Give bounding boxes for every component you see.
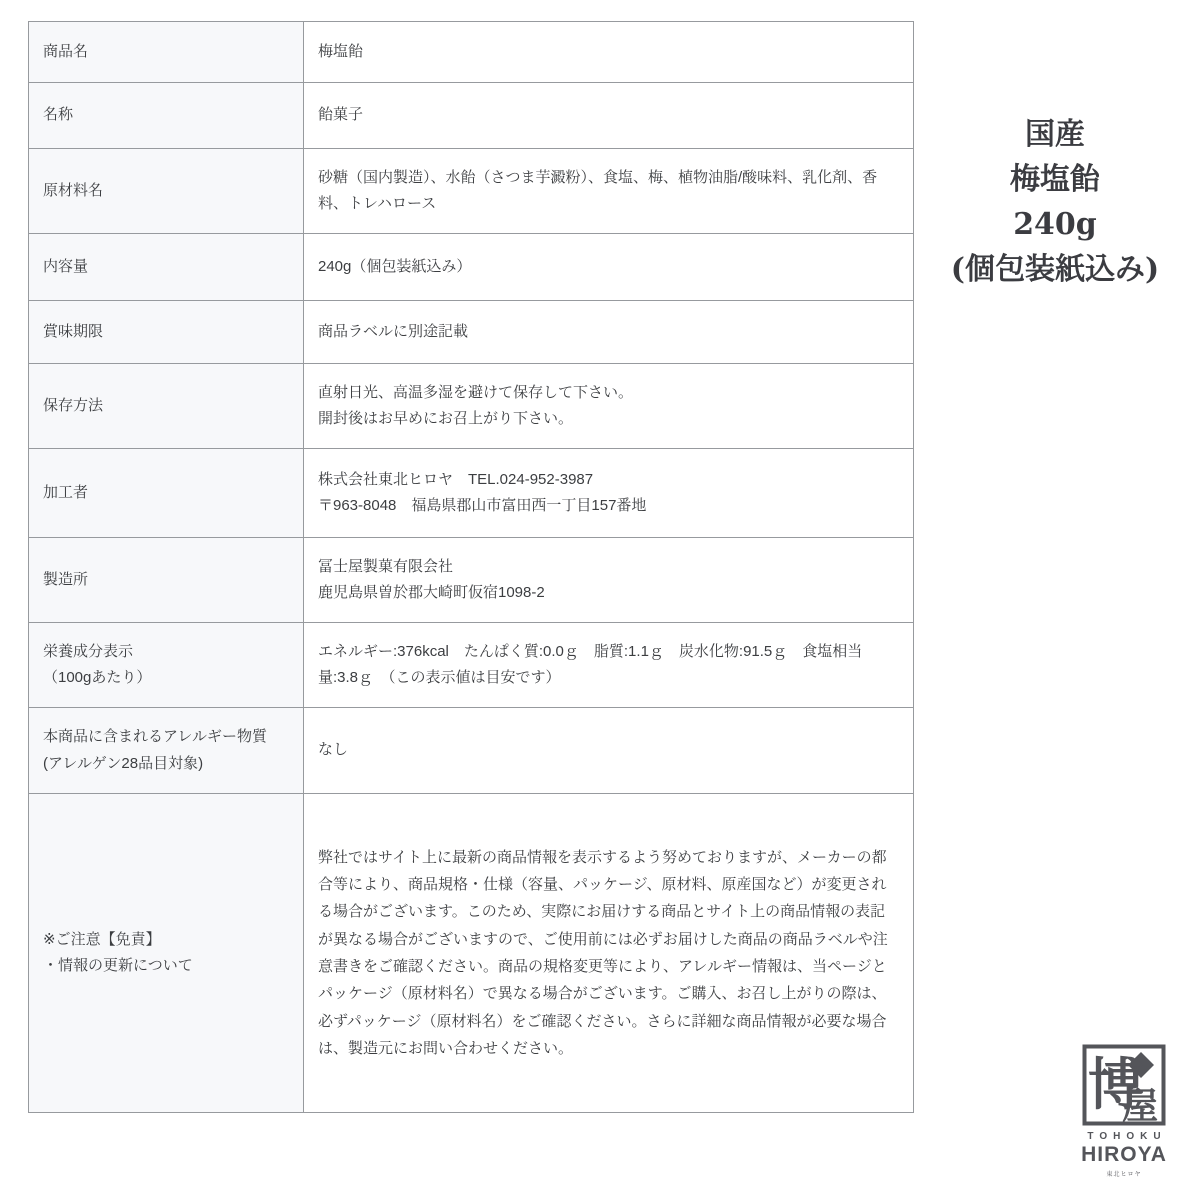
hiroya-logo-mark-icon: 博 屋 bbox=[1082, 1044, 1166, 1126]
spec-value: 直射日光、高温多湿を避けて保存して下さい。 開封後はお早めにお召上がり下さい。 bbox=[304, 364, 914, 449]
spec-value: 240g（個包装紙込み） bbox=[304, 234, 914, 301]
side-title-line: 梅塩飴 bbox=[935, 157, 1175, 202]
spec-label-line: ※ご注意【免責】 bbox=[43, 927, 291, 953]
spec-label: 保存方法 bbox=[29, 364, 304, 449]
spec-label: 原材料名 bbox=[29, 149, 304, 234]
spec-value: 冨士屋製菓有限会社 鹿児島県曽於郡大崎町仮宿1098-2 bbox=[304, 538, 914, 623]
spec-label: 内容量 bbox=[29, 234, 304, 301]
spec-value: 飴菓子 bbox=[304, 83, 914, 149]
svg-text:屋: 屋 bbox=[1122, 1086, 1158, 1126]
spec-label: 製造所 bbox=[29, 538, 304, 623]
disclaimer-text: 弊社ではサイト上に最新の商品情報を表示するよう努めておりますが、メーカーの都合等… bbox=[318, 844, 897, 1062]
spec-value-line: 株式会社東北ヒロヤ TEL.024-952-3987 bbox=[318, 467, 897, 493]
spec-label: 商品名 bbox=[29, 22, 304, 83]
table-row: 保存方法 直射日光、高温多湿を避けて保存して下さい。 開封後はお早めにお召上がり… bbox=[29, 364, 914, 449]
logo-caption: 東北ヒロヤ bbox=[1074, 1169, 1174, 1178]
side-product-title: 国産 梅塩飴 240g (個包装紙込み) bbox=[935, 112, 1175, 292]
side-title-line: 国産 bbox=[935, 112, 1175, 157]
side-title-line: 240g bbox=[935, 202, 1175, 247]
spec-label-line: 栄養成分表示 bbox=[43, 639, 291, 665]
table-row: ※ご注意【免責】 ・情報の更新について 弊社ではサイト上に最新の商品情報を表示す… bbox=[29, 794, 914, 1113]
side-title-line: (個包装紙込み) bbox=[935, 247, 1175, 292]
logo-name: HIROYA bbox=[1074, 1143, 1174, 1167]
table-row: 栄養成分表示 （100gあたり） エネルギー:376kcal たんぱく質:0.0… bbox=[29, 623, 914, 708]
spec-label-line: ・情報の更新について bbox=[43, 953, 291, 979]
spec-value: 弊社ではサイト上に最新の商品情報を表示するよう努めておりますが、メーカーの都合等… bbox=[304, 794, 914, 1113]
table-row: 本商品に含まれるアレルギー物質 (アレルゲン28品目対象) なし bbox=[29, 708, 914, 794]
table-row: 加工者 株式会社東北ヒロヤ TEL.024-952-3987 〒963-8048… bbox=[29, 449, 914, 538]
spec-value: エネルギー:376kcal たんぱく質:0.0ｇ 脂質:1.1ｇ 炭水化物:91… bbox=[304, 623, 914, 708]
spec-label-line: (アレルゲン28品目対象) bbox=[43, 751, 291, 777]
spec-value-line: 冨士屋製菓有限会社 bbox=[318, 554, 897, 580]
spec-value: 砂糖（国内製造）、水飴（さつま芋澱粉）、食塩、梅、植物油脂/酸味料、乳化剤、香料… bbox=[304, 149, 914, 234]
table-row: 原材料名 砂糖（国内製造）、水飴（さつま芋澱粉）、食塩、梅、植物油脂/酸味料、乳… bbox=[29, 149, 914, 234]
table-row: 賞味期限 商品ラベルに別途記載 bbox=[29, 301, 914, 364]
spec-value-line: 〒963-8048 福島県郡山市富田西一丁目157番地 bbox=[318, 493, 897, 519]
spec-label: 名称 bbox=[29, 83, 304, 149]
spec-value: 商品ラベルに別途記載 bbox=[304, 301, 914, 364]
spec-value-line: 開封後はお早めにお召上がり下さい。 bbox=[318, 406, 897, 432]
spec-label: 本商品に含まれるアレルギー物質 (アレルゲン28品目対象) bbox=[29, 708, 304, 794]
table-row: 内容量 240g（個包装紙込み） bbox=[29, 234, 914, 301]
spec-label: 賞味期限 bbox=[29, 301, 304, 364]
table-row: 製造所 冨士屋製菓有限会社 鹿児島県曽於郡大崎町仮宿1098-2 bbox=[29, 538, 914, 623]
logo-subtitle: TOHOKU bbox=[1074, 1131, 1174, 1142]
spec-label: 栄養成分表示 （100gあたり） bbox=[29, 623, 304, 708]
spec-label: 加工者 bbox=[29, 449, 304, 538]
hiroya-logo: 博 屋 TOHOKU HIROYA 東北ヒロヤ bbox=[1074, 1044, 1174, 1178]
table-row: 名称 飴菓子 bbox=[29, 83, 914, 149]
product-spec-page: 商品名 梅塩飴 名称 飴菓子 原材料名 砂糖（国内製造）、水飴（さつま芋澱粉）、… bbox=[0, 0, 1200, 1200]
spec-label-line: 本商品に含まれるアレルギー物質 bbox=[43, 724, 291, 750]
spec-label: ※ご注意【免責】 ・情報の更新について bbox=[29, 794, 304, 1113]
product-spec-table: 商品名 梅塩飴 名称 飴菓子 原材料名 砂糖（国内製造）、水飴（さつま芋澱粉）、… bbox=[28, 21, 914, 1113]
spec-value: 株式会社東北ヒロヤ TEL.024-952-3987 〒963-8048 福島県… bbox=[304, 449, 914, 538]
spec-value-line: 鹿児島県曽於郡大崎町仮宿1098-2 bbox=[318, 580, 897, 606]
spec-value-line: 直射日光、高温多湿を避けて保存して下さい。 bbox=[318, 380, 897, 406]
table-row: 商品名 梅塩飴 bbox=[29, 22, 914, 83]
spec-value: 梅塩飴 bbox=[304, 22, 914, 83]
spec-value: なし bbox=[304, 708, 914, 794]
spec-label-line: （100gあたり） bbox=[43, 665, 291, 691]
